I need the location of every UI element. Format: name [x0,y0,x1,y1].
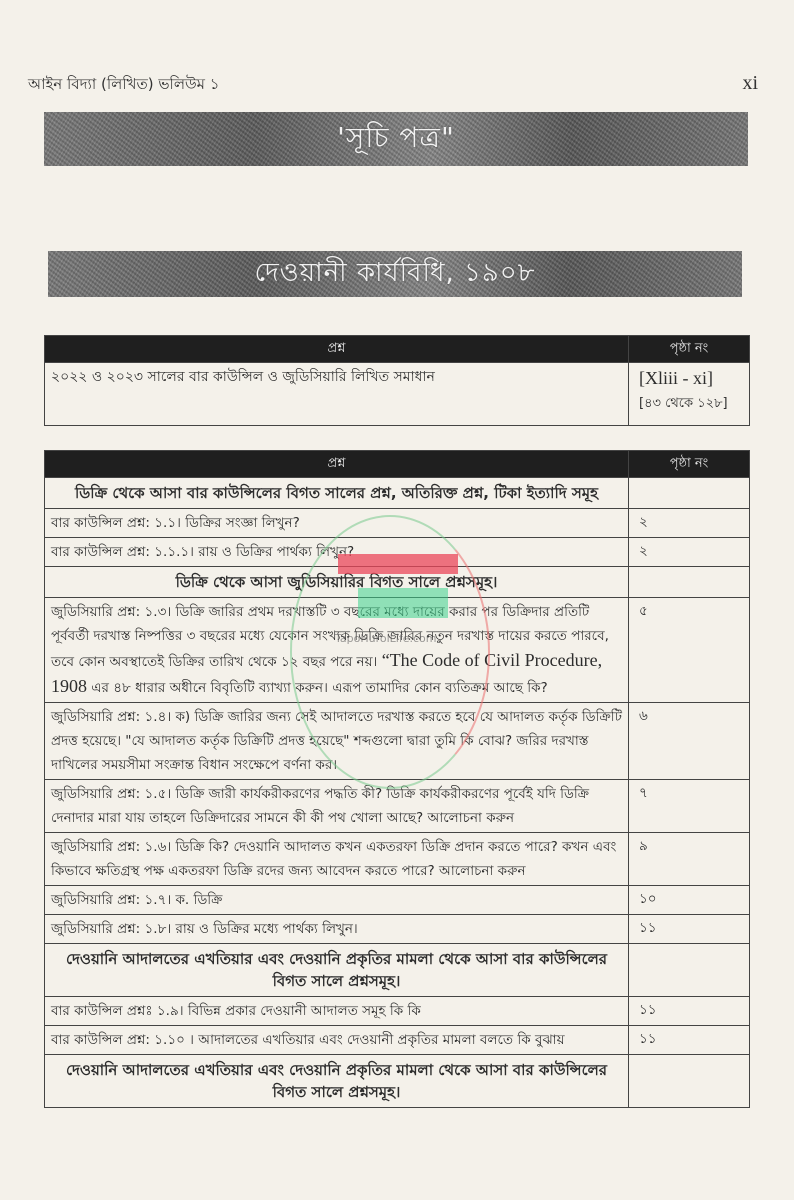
column-page: পৃষ্ঠা নং [629,336,750,363]
section-heading-row: ডিক্রি থেকে আসা বার কাউন্সিলের বিগত সালে… [45,478,750,509]
toc-title: 'সূচি পত্র" [337,116,455,163]
section-heading-row: দেওয়ানি আদালতের এখতিয়ার এবং দেওয়ানি প… [45,944,750,997]
running-title: আইন বিদ্যা (লিখিত) ভলিউম ১ [28,73,220,98]
question-text-part: বার কাউন্সিল প্রশ্ন: ১.১। ডিক্রির সংজ্ঞা… [51,515,300,531]
question-text-part: জুডিসিয়ারি প্রশ্ন: ১.৬। ডিক্রি কি? দেওয… [51,839,616,879]
chapter-title: দেওয়ানী কার্যবিধি, ১৯০৮ [254,252,535,296]
question-text-part: দেওয়ানি আদালতের এখতিয়ার এবং দেওয়ানি প… [66,1061,607,1101]
column-question: প্রশ্ন [45,336,629,363]
question-text: বার কাউন্সিল প্রশ্নঃ ১.৯। বিভিন্ন প্রকার… [45,997,629,1026]
contents-table: প্রশ্ন পৃষ্ঠা নং ডিক্রি থেকে আসা বার কাউ… [44,450,750,1108]
page-number-cell: ৯ [629,833,750,886]
column-question: প্রশ্ন [45,451,629,478]
question-text: জুডিসিয়ারি প্রশ্ন: ১.৬। ডিক্রি কি? দেওয… [45,833,629,886]
table-row[interactable]: জুডিসিয়ারি প্রশ্ন: ১.৮। রায় ও ডিক্রির … [45,915,750,944]
section-heading-row: ডিক্রি থেকে আসা জুডিসিয়ারির বিগত সালে প… [45,567,750,598]
toc-banner: 'সূচি পত্র" [44,112,748,166]
table-row[interactable]: জুডিসিয়ারি প্রশ্ন: ১.৪। ক) ডিক্রি জারির… [45,703,750,780]
page-number-cell: ১১ [629,915,750,944]
column-page: পৃষ্ঠা নং [629,451,750,478]
page-number-cell [629,1055,750,1108]
table-row[interactable]: ২০২২ ও ২০২৩ সালের বার কাউন্সিল ও জুডিসিয… [45,363,750,426]
page-range-bengali: [৪৩ থেকে ১২৮] [639,391,743,417]
page-number-cell: ৭ [629,780,750,833]
table-row[interactable]: বার কাউন্সিল প্রশ্ন: ১.১। ডিক্রির সংজ্ঞা… [45,509,750,538]
question-text: জুডিসিয়ারি প্রশ্ন: ১.৭। ক. ডিক্রি [45,886,629,915]
page-header: আইন বিদ্যা (লিখিত) ভলিউম ১ xi [28,72,758,98]
question-text: বার কাউন্সিল প্রশ্ন: ১.১০ । আদালতের এখতি… [45,1026,629,1055]
table-row[interactable]: বার কাউন্সিল প্রশ্ন: ১.১০ । আদালতের এখতি… [45,1026,750,1055]
question-text-part: জুডিসিয়ারি প্রশ্ন: ১.৭। ক. ডিক্রি [51,892,222,908]
question-text: বার কাউন্সিল প্রশ্ন: ১.১। ডিক্রির সংজ্ঞা… [45,509,629,538]
question-text-part: বার কাউন্সিল প্রশ্ন: ১.১.১। রায় ও ডিক্র… [51,544,354,560]
question-text-part: ডিক্রি থেকে আসা জুডিসিয়ারির বিগত সালে প… [176,573,498,591]
table-row[interactable]: বার কাউন্সিল প্রশ্ন: ১.১.১। রায় ও ডিক্র… [45,538,750,567]
page-number-cell [629,567,750,598]
page-number-cell [629,478,750,509]
page-number-cell: ১০ [629,886,750,915]
page-number-cell: ২ [629,509,750,538]
page-number-cell: ২ [629,538,750,567]
table-header: প্রশ্ন পৃষ্ঠা নং [45,451,750,478]
question-text: জুডিসিয়ারি প্রশ্ন: ১.৫। ডিক্রি জারী কার… [45,780,629,833]
question-text-tail: এর ৪৮ ধারার অধীনে বিবৃতিটি ব্যাখ্যা করুন… [87,680,548,696]
page-ref: [Xliii - xi] [৪৩ থেকে ১২৮] [629,363,750,426]
table-row[interactable]: জুডিসিয়ারি প্রশ্ন: ১.৩। ডিক্রি জারির প্… [45,598,750,703]
question-text-part: জুডিসিয়ারি প্রশ্ন: ১.৪। ক) ডিক্রি জারির… [51,709,622,773]
question-text-part: জুডিসিয়ারি প্রশ্ন: ১.৮। রায় ও ডিক্রির … [51,921,358,937]
table-row[interactable]: বার কাউন্সিল প্রশ্নঃ ১.৯। বিভিন্ন প্রকার… [45,997,750,1026]
question-text: জুডিসিয়ারি প্রশ্ন: ১.৮। রায় ও ডিক্রির … [45,915,629,944]
table-row[interactable]: জুডিসিয়ারি প্রশ্ন: ১.৭। ক. ডিক্রি১০ [45,886,750,915]
question-text-part: জুডিসিয়ারি প্রশ্ন: ১.৫। ডিক্রি জারী কার… [51,786,589,826]
question-text: ২০২২ ও ২০২৩ সালের বার কাউন্সিল ও জুডিসিয… [45,363,629,426]
section-heading-row: দেওয়ানি আদালতের এখতিয়ার এবং দেওয়ানি প… [45,1055,750,1108]
table-row[interactable]: জুডিসিয়ারি প্রশ্ন: ১.৫। ডিক্রি জারী কার… [45,780,750,833]
page-number: xi [742,72,758,95]
table-header: প্রশ্ন পৃষ্ঠা নং [45,336,750,363]
page-range: [Xliii - xi] [639,368,713,388]
section-heading: দেওয়ানি আদালতের এখতিয়ার এবং দেওয়ানি প… [45,944,629,997]
solutions-table: প্রশ্ন পৃষ্ঠা নং ২০২২ ও ২০২৩ সালের বার ক… [44,335,750,426]
table-row[interactable]: জুডিসিয়ারি প্রশ্ন: ১.৬। ডিক্রি কি? দেওয… [45,833,750,886]
question-text-part: বার কাউন্সিল প্রশ্নঃ ১.৯। বিভিন্ন প্রকার… [51,1003,421,1019]
question-text-part: বার কাউন্সিল প্রশ্ন: ১.১০ । আদালতের এখতি… [51,1032,565,1048]
page-number-cell: ৬ [629,703,750,780]
page-number-cell: ১১ [629,1026,750,1055]
question-text-part: দেওয়ানি আদালতের এখতিয়ার এবং দেওয়ানি প… [66,950,607,990]
section-heading: ডিক্রি থেকে আসা জুডিসিয়ারির বিগত সালে প… [45,567,629,598]
page-number-cell [629,944,750,997]
question-text-part: ডিক্রি থেকে আসা বার কাউন্সিলের বিগত সালে… [75,484,598,502]
question-text: জুডিসিয়ারি প্রশ্ন: ১.৩। ডিক্রি জারির প্… [45,598,629,703]
page-number-cell: ৫ [629,598,750,703]
section-heading: ডিক্রি থেকে আসা বার কাউন্সিলের বিগত সালে… [45,478,629,509]
question-text: জুডিসিয়ারি প্রশ্ন: ১.৪। ক) ডিক্রি জারির… [45,703,629,780]
chapter-banner: দেওয়ানী কার্যবিধি, ১৯০৮ [48,251,742,297]
section-heading: দেওয়ানি আদালতের এখতিয়ার এবং দেওয়ানি প… [45,1055,629,1108]
question-text: বার কাউন্সিল প্রশ্ন: ১.১.১। রায় ও ডিক্র… [45,538,629,567]
page-number-cell: ১১ [629,997,750,1026]
